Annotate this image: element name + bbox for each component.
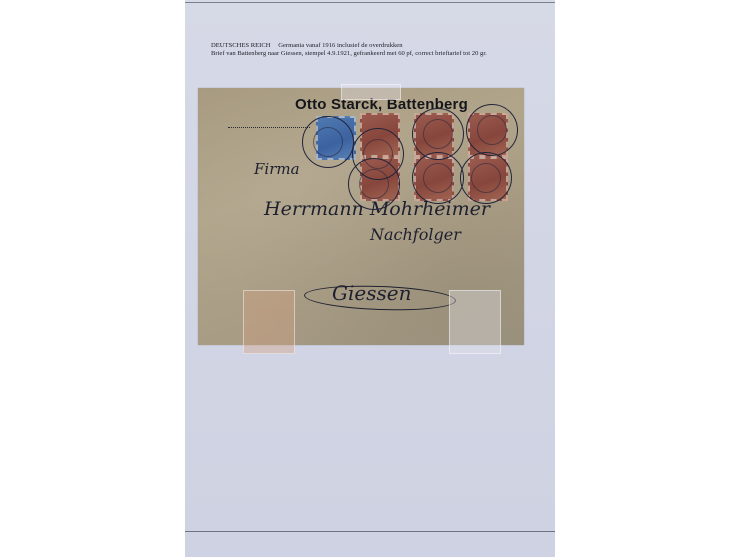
caption-line-1: DEUTSCHES REICH Germania vanaf 1916 incl… <box>211 42 487 50</box>
top-rule <box>185 2 555 3</box>
address-recipient-line2: Nachfolger <box>370 225 461 244</box>
dotted-line <box>228 127 310 128</box>
postmark-6 <box>412 152 464 204</box>
mount-corner-bottom-right <box>449 290 501 354</box>
address-recipient: Herrmann Mohrheimer <box>264 198 490 220</box>
address-city: Giessen <box>332 281 411 305</box>
bottom-rule <box>185 531 555 532</box>
page-caption: DEUTSCHES REICH Germania vanaf 1916 incl… <box>211 42 487 59</box>
caption-country: DEUTSCHES REICH <box>211 42 271 49</box>
postmark-7 <box>460 152 512 204</box>
caption-series: Germania vanaf 1916 inclusief de overdru… <box>278 42 402 49</box>
mount-corner-bottom-left <box>243 290 295 354</box>
address-salutation: Firma <box>254 160 300 178</box>
mount-corner-top <box>341 84 401 100</box>
album-page: DEUTSCHES REICH Germania vanaf 1916 incl… <box>185 0 555 557</box>
postmark-4 <box>466 104 518 156</box>
caption-description: Brief van Battenberg naar Giessen, stemp… <box>211 50 487 58</box>
postmark-1 <box>302 116 354 168</box>
